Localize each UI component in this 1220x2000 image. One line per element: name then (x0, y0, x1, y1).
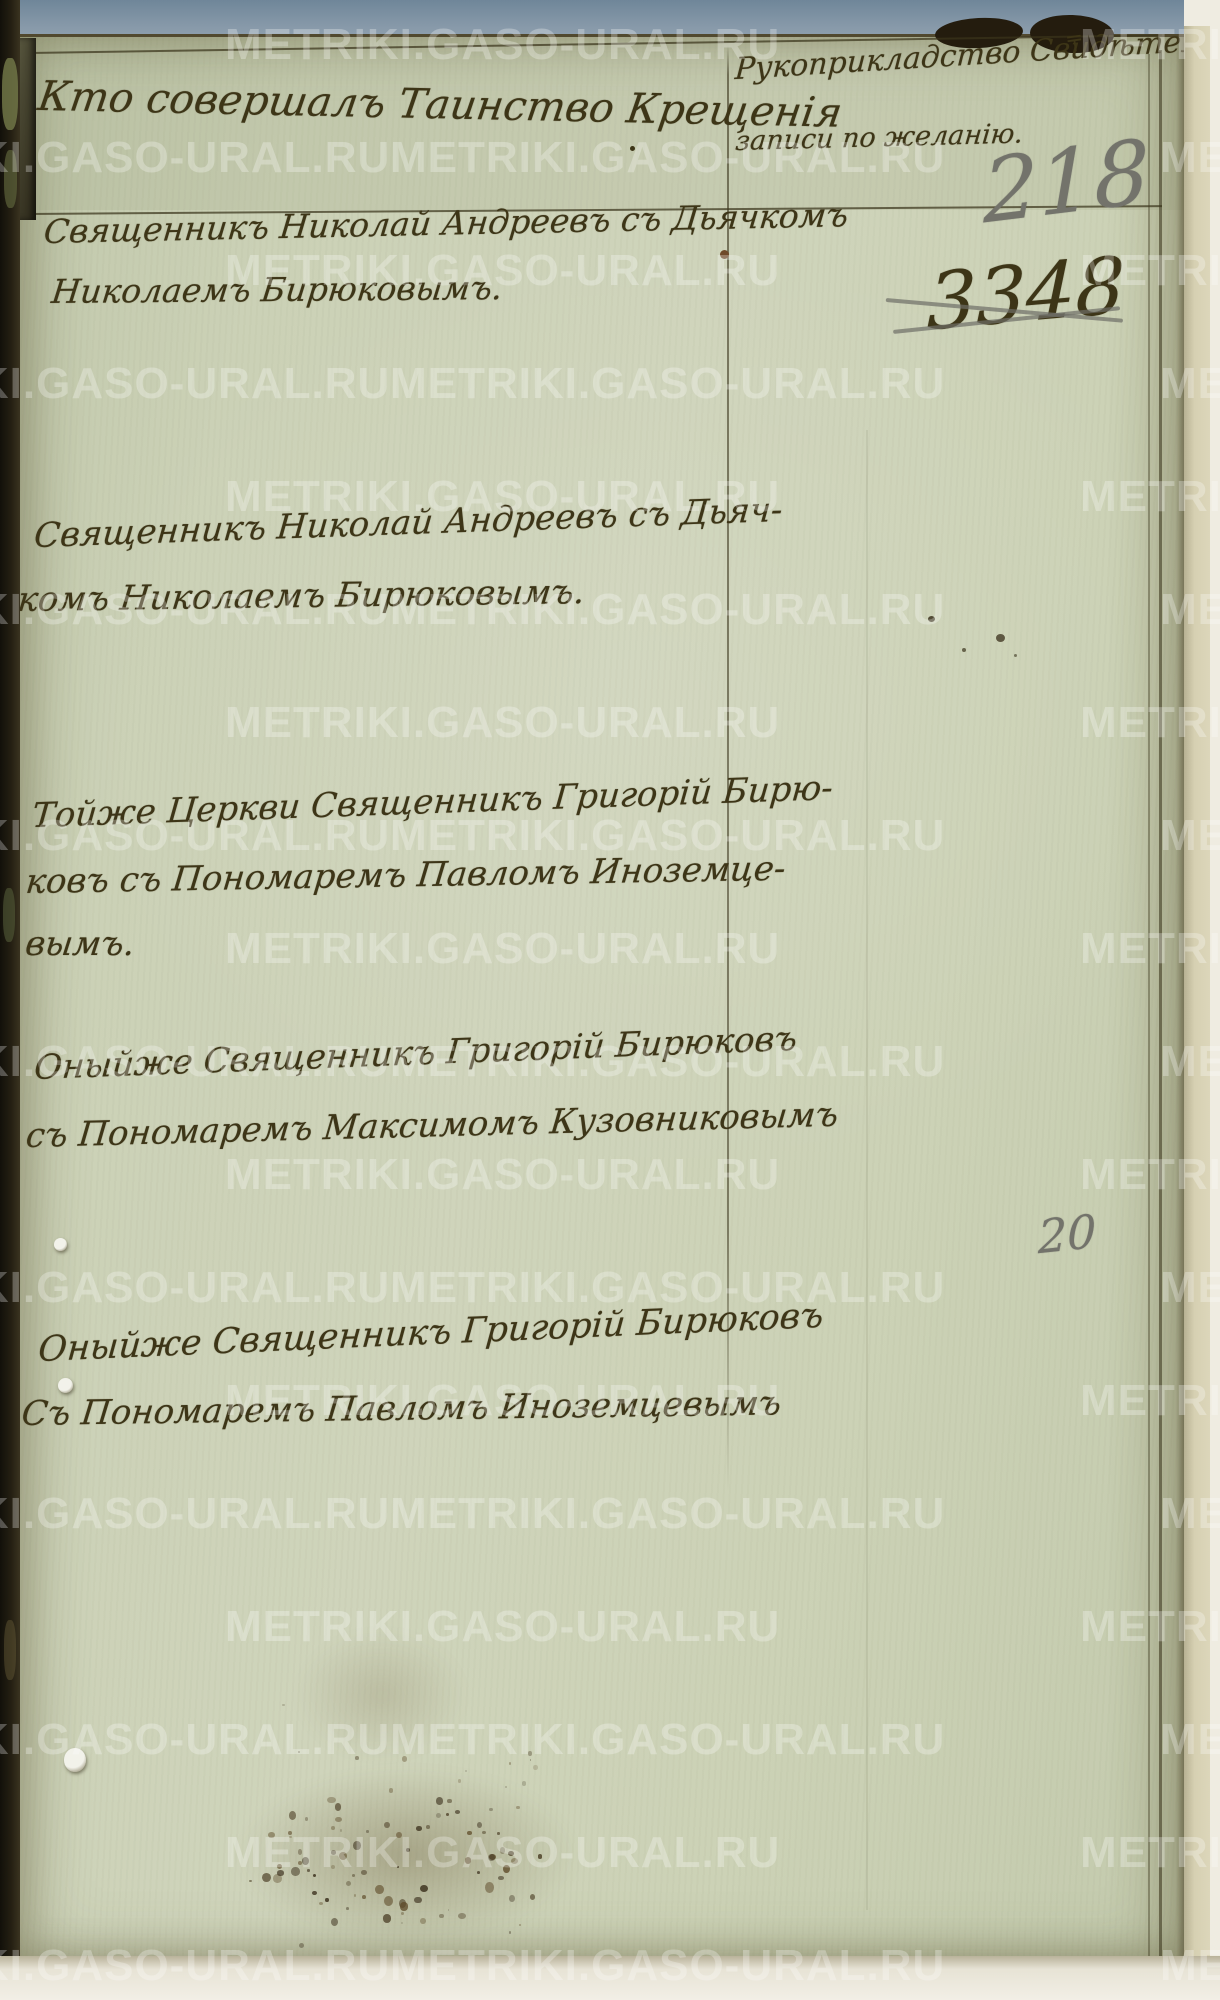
watermark-text: METRIKI.GASO-URAL.RU (225, 1602, 780, 1652)
watermark-text: METRIKI.GASO-URAL.RU (0, 811, 390, 861)
watermark-text: METRIKI.GASO-URAL.RU (0, 1715, 390, 1765)
watermark-text: METRIKI.GASO-URAL.RU (0, 585, 390, 635)
speck (962, 648, 966, 652)
watermark-text: METRIKI.GASO-URAL.RU (390, 1489, 945, 1539)
mold-speck (249, 1880, 252, 1883)
watermark-text: METRIKI.GASO-URAL.RU (225, 20, 780, 70)
watermark-text: METRIKI.GASO-URAL.RU (0, 133, 390, 183)
watermark-text: METRIKI.GASO-URAL.RU (1080, 924, 1220, 974)
watermark-text: METRIKI.GASO-URAL.RU (1160, 1489, 1220, 1539)
watermark-text: METRIKI.GASO-URAL.RU (1080, 472, 1220, 522)
watermark-text: METRIKI.GASO-URAL.RU (390, 133, 945, 183)
mold-speck (312, 1891, 317, 1895)
scanned-metric-book-page: Кто совершалъ Таинство Крещенія Рукоприк… (0, 0, 1220, 2000)
book-binding-edge (0, 0, 20, 2000)
mold-speck (389, 1788, 393, 1792)
speck (996, 634, 1005, 642)
right-border-outer-line (1159, 50, 1162, 1958)
paper-hole (58, 1378, 73, 1393)
watermark-text: METRIKI.GASO-URAL.RU (225, 1150, 780, 1200)
mold-speck (401, 1912, 404, 1915)
mold-speck (400, 1902, 408, 1910)
watermark-text: METRIKI.GASO-URAL.RU (1080, 246, 1220, 296)
watermark-text: METRIKI.GASO-URAL.RU (1160, 133, 1220, 183)
watermark-text: METRIKI.GASO-URAL.RU (390, 1715, 945, 1765)
mold-speck (439, 1914, 444, 1918)
mold-speck (420, 1885, 428, 1892)
watermark-text: METRIKI.GASO-URAL.RU (390, 1037, 945, 1087)
watermark-text: METRIKI.GASO-URAL.RU (390, 359, 945, 409)
speck (1014, 654, 1017, 657)
watermark-text: METRIKI.GASO-URAL.RU (225, 246, 780, 296)
mold-speck (522, 1781, 527, 1786)
watermark-text: METRIKI.GASO-URAL.RU (1080, 1376, 1220, 1426)
mold-speck (446, 1813, 449, 1816)
paper-hole (54, 1238, 67, 1251)
watermark-text: METRIKI.GASO-URAL.RU (1160, 811, 1220, 861)
mold-speck (420, 1918, 425, 1924)
watermark-text: METRIKI.GASO-URAL.RU (1160, 1037, 1220, 1087)
watermark-text: METRIKI.GASO-URAL.RU (1080, 1828, 1220, 1878)
entry-line: вымъ. (23, 924, 137, 964)
mold-speck (375, 1885, 384, 1895)
mold-speck (458, 1913, 466, 1919)
watermark-text: METRIKI.GASO-URAL.RU (1080, 1150, 1220, 1200)
watermark-text: METRIKI.GASO-URAL.RU (0, 359, 390, 409)
mold-speck (331, 1918, 338, 1926)
mold-speck (436, 1797, 443, 1804)
watermark-text: METRIKI.GASO-URAL.RU (225, 472, 780, 522)
mold-speck (325, 1898, 328, 1902)
underlying-sheet-edge (1184, 26, 1210, 1990)
watermark-text: METRIKI.GASO-URAL.RU (1160, 359, 1220, 409)
watermark-text: METRIKI.GASO-URAL.RU (1160, 1263, 1220, 1313)
page-number-pencil: 218 (982, 120, 1151, 244)
mold-speck (533, 1765, 538, 1770)
watermark-text: METRIKI.GASO-URAL.RU (0, 1037, 390, 1087)
watermark-text: METRIKI.GASO-URAL.RU (225, 1376, 780, 1426)
mold-speck (530, 1894, 535, 1900)
mold-speck (383, 1914, 391, 1922)
mold-speck (335, 1803, 341, 1810)
mold-speck (319, 1902, 324, 1905)
watermark-text: METRIKI.GASO-URAL.RU (390, 811, 945, 861)
binding-moss-patch (3, 888, 15, 942)
watermark-text: METRIKI.GASO-URAL.RU (225, 1828, 780, 1878)
watermark-text: METRIKI.GASO-URAL.RU (1080, 1602, 1220, 1652)
binding-moss-patch (2, 58, 18, 130)
watermark-text: METRIKI.GASO-URAL.RU (1160, 1941, 1220, 1991)
watermark-text: METRIKI.GASO-URAL.RU (390, 1263, 945, 1313)
mold-speck (414, 1897, 421, 1904)
watermark-text: METRIKI.GASO-URAL.RU (390, 1941, 945, 1991)
watermark-text: METRIKI.GASO-URAL.RU (0, 1263, 390, 1313)
mold-speck (289, 1811, 296, 1820)
mold-speck (447, 1799, 452, 1802)
watermark-text: METRIKI.GASO-URAL.RU (225, 924, 780, 974)
watermark-text: METRIKI.GASO-URAL.RU (0, 1489, 390, 1539)
watermark-text: METRIKI.GASO-URAL.RU (1160, 1715, 1220, 1765)
watermark-text: METRIKI.GASO-URAL.RU (1080, 20, 1220, 70)
watermark-text: METRIKI.GASO-URAL.RU (1160, 585, 1220, 635)
watermark-text: METRIKI.GASO-URAL.RU (390, 585, 945, 635)
mold-speck (509, 1931, 511, 1933)
paper-crease (866, 430, 868, 1910)
binding-moss-patch (4, 1620, 16, 1680)
right-border-inner-line (1148, 54, 1150, 1956)
watermark-text: METRIKI.GASO-URAL.RU (1080, 698, 1220, 748)
watermark-text: METRIKI.GASO-URAL.RU (0, 1941, 390, 1991)
margin-number-pencil: 20 (1038, 1204, 1096, 1264)
watermark-text: METRIKI.GASO-URAL.RU (225, 698, 780, 748)
